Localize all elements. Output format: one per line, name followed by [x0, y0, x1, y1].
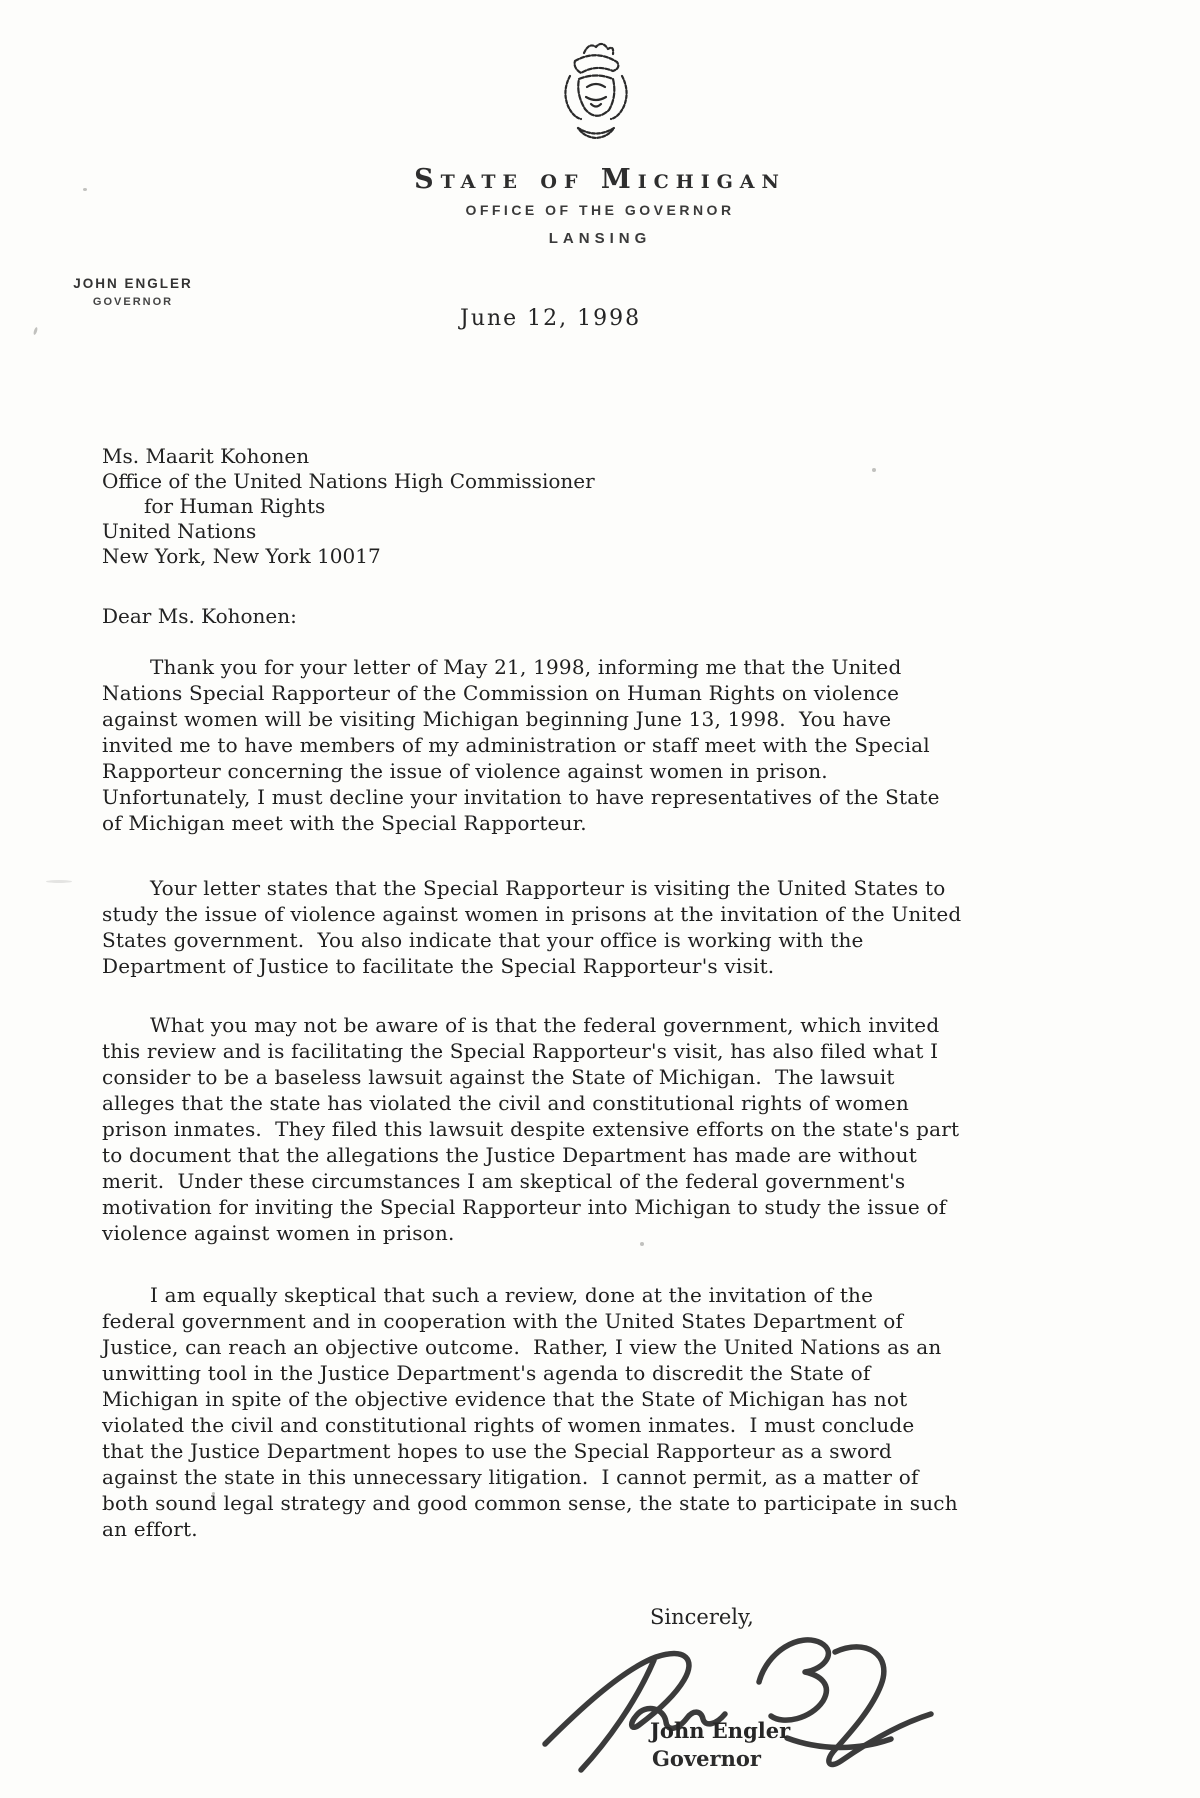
- body-text-line: Unfortunately, I must decline your invit…: [102, 784, 992, 810]
- body-text-line: against women will be visiting Michigan …: [102, 706, 992, 732]
- scanned-letter-page: State of Michigan OFFICE OF THE GOVERNOR…: [0, 0, 1200, 1798]
- governor-name-label: JOHN ENGLER: [58, 276, 208, 291]
- signed-name-label: John Engler: [650, 1718, 790, 1743]
- letterhead-city-name: LANSING: [0, 230, 1200, 247]
- recipient-address-block: Ms. Maarit KohonenOffice of the United N…: [102, 444, 595, 569]
- body-text-line: study the issue of violence against wome…: [102, 901, 992, 927]
- body-text-line: federal government and in cooperation wi…: [102, 1308, 992, 1334]
- scan-speck: [83, 188, 87, 191]
- body-paragraph-3: What you may not be aware of is that the…: [102, 1012, 992, 1246]
- body-text-line: Rapporteur concerning the issue of viole…: [102, 758, 992, 784]
- body-text-line: Thank you for your letter of May 21, 199…: [102, 654, 992, 680]
- body-text-line: this review and is facilitating the Spec…: [102, 1038, 992, 1064]
- body-text-line: invited me to have members of my adminis…: [102, 732, 992, 758]
- body-paragraph-2: Your letter states that the Special Rapp…: [102, 875, 992, 979]
- body-text-line: that the Justice Department hopes to use…: [102, 1438, 992, 1464]
- body-text-line: Michigan in spite of the objective evide…: [102, 1386, 992, 1412]
- body-text-line: Department of Justice to facilitate the …: [102, 953, 992, 979]
- scan-speck: [46, 880, 72, 883]
- scan-speck: [640, 1242, 644, 1246]
- governor-title-label: GOVERNOR: [58, 296, 208, 308]
- body-text-line: Justice, can reach an objective outcome.…: [102, 1334, 992, 1360]
- body-text-line: consider to be a baseless lawsuit agains…: [102, 1064, 992, 1090]
- body-text-line: What you may not be aware of is that the…: [102, 1012, 992, 1038]
- scan-speck: [33, 327, 38, 336]
- body-text-line: to document that the allegations the Jus…: [102, 1142, 992, 1168]
- letterhead-state-name: State of Michigan: [0, 164, 1200, 195]
- recipient-address-line: for Human Rights: [102, 494, 595, 519]
- michigan-state-seal-icon: [551, 38, 641, 146]
- scan-speck: [212, 1492, 215, 1495]
- body-text-line: I am equally skeptical that such a revie…: [102, 1282, 992, 1308]
- body-text-line: an effort.: [102, 1516, 992, 1542]
- letter-body: Thank you for your letter of May 21, 199…: [102, 654, 992, 1542]
- body-text-line: violated the civil and constitutional ri…: [102, 1412, 992, 1438]
- body-text-line: Nations Special Rapporteur of the Commis…: [102, 680, 992, 706]
- recipient-address-line: United Nations: [102, 519, 595, 544]
- recipient-address-line: Ms. Maarit Kohonen: [102, 444, 595, 469]
- body-text-line: Your letter states that the Special Rapp…: [102, 875, 992, 901]
- body-text-line: States government. You also indicate tha…: [102, 927, 992, 953]
- body-text-line: prison inmates. They filed this lawsuit …: [102, 1116, 992, 1142]
- body-text-line: alleges that the state has violated the …: [102, 1090, 992, 1116]
- salutation-line: Dear Ms. Kohonen:: [102, 604, 297, 628]
- body-text-line: both sound legal strategy and good commo…: [102, 1490, 992, 1516]
- body-text-line: of Michigan meet with the Special Rappor…: [102, 810, 992, 836]
- letter-date: June 12, 1998: [460, 306, 641, 331]
- body-text-line: merit. Under these circumstances I am sk…: [102, 1168, 992, 1194]
- recipient-address-line: Office of the United Nations High Commis…: [102, 469, 595, 494]
- body-text-line: violence against women in prison.: [102, 1220, 992, 1246]
- recipient-address-line: New York, New York 10017: [102, 544, 595, 569]
- body-text-line: unwitting tool in the Justice Department…: [102, 1360, 992, 1386]
- signed-title-label: Governor: [652, 1746, 761, 1771]
- body-text-line: against the state in this unnecessary li…: [102, 1464, 992, 1490]
- letterhead-office-name: OFFICE OF THE GOVERNOR: [0, 202, 1200, 218]
- body-text-line: motivation for inviting the Special Rapp…: [102, 1194, 992, 1220]
- body-paragraph-4: I am equally skeptical that such a revie…: [102, 1282, 992, 1542]
- letterhead-official-block: JOHN ENGLER GOVERNOR: [58, 276, 208, 308]
- scan-speck: [872, 468, 876, 472]
- body-paragraph-1: Thank you for your letter of May 21, 199…: [102, 654, 992, 836]
